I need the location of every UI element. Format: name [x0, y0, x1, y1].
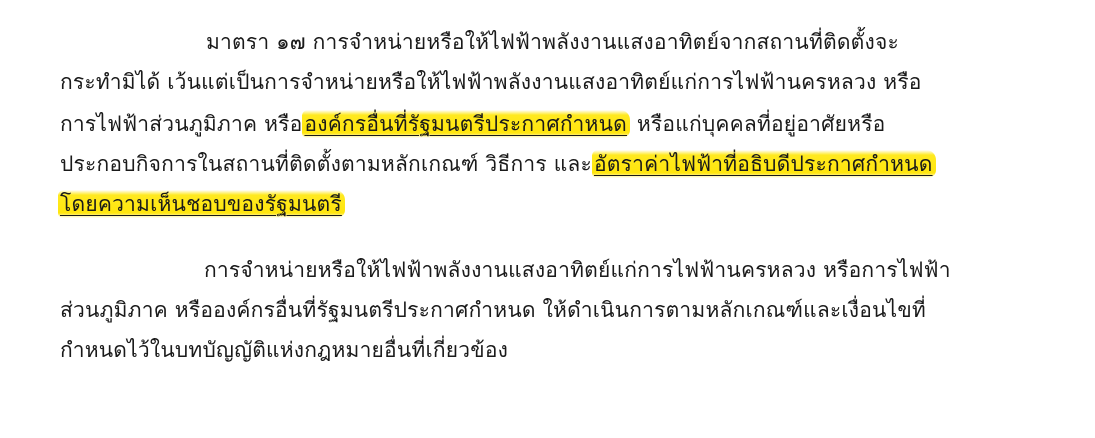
- highlighted-text: องค์กรอื่นที่รัฐมนตรีประกาศกำหนด: [302, 110, 630, 138]
- paragraph-2-line-3: กำหนดไว้ในบทบัญญัติแห่งกฎหมายอื่นที่เกี่…: [60, 330, 508, 370]
- paragraph-1-line-2: กระทำมิได้ เว้นแต่เป็นการจำหน่ายหรือให้ไ…: [60, 62, 922, 102]
- text-segment: มาตรา ๑๗ การจำหน่ายหรือให้ไฟฟ้าพลังงานแส…: [206, 30, 899, 54]
- document-page: มาตรา ๑๗ การจำหน่ายหรือให้ไฟฟ้าพลังงานแส…: [0, 0, 1095, 438]
- highlighted-text: โดยความเห็นชอบของรัฐมนตรี: [58, 190, 345, 218]
- text-segment: กำหนดไว้ในบทบัญญัติแห่งกฎหมายอื่นที่เกี่…: [60, 338, 508, 362]
- paragraph-2-line-1: การจำหน่ายหรือให้ไฟฟ้าพลังงานแสงอาทิตย์แ…: [204, 250, 951, 290]
- highlighted-text: อัตราค่าไฟฟ้าที่อธิบดีประกาศกำหนด: [592, 150, 936, 178]
- paragraph-1-line-3: การไฟฟ้าส่วนภูมิภาค หรือองค์กรอื่นที่รัฐ…: [60, 104, 886, 144]
- text-segment: ส่วนภูมิภาค หรือองค์กรอื่นที่รัฐมนตรีประ…: [60, 298, 926, 322]
- text-segment: การจำหน่ายหรือให้ไฟฟ้าพลังงานแสงอาทิตย์แ…: [204, 258, 951, 282]
- paragraph-1-line-5: โดยความเห็นชอบของรัฐมนตรี: [58, 184, 345, 224]
- text-segment: กระทำมิได้ เว้นแต่เป็นการจำหน่ายหรือให้ไ…: [60, 70, 922, 94]
- paragraph-1-line-4: ประกอบกิจการในสถานที่ติดตั้งตามหลักเกณฑ์…: [60, 144, 936, 184]
- text-segment: การไฟฟ้าส่วนภูมิภาค หรือ: [60, 112, 302, 136]
- text-segment: ประกอบกิจการในสถานที่ติดตั้งตามหลักเกณฑ์…: [60, 152, 592, 176]
- text-segment: หรือแก่บุคคลที่อยู่อาศัยหรือ: [630, 112, 886, 136]
- paragraph-1-line-1: มาตรา ๑๗ การจำหน่ายหรือให้ไฟฟ้าพลังงานแส…: [206, 22, 899, 62]
- paragraph-2-line-2: ส่วนภูมิภาค หรือองค์กรอื่นที่รัฐมนตรีประ…: [60, 290, 926, 330]
